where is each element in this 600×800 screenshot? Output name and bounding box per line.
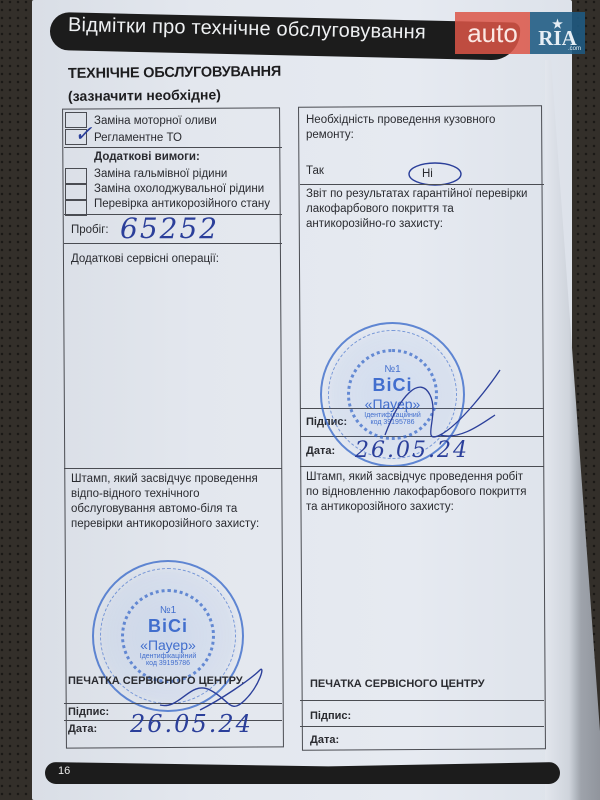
section-title: ТЕХНІЧНЕ ОБСЛУГОВУВАННЯ <box>68 64 281 82</box>
mileage-label: Пробіг: <box>71 224 109 236</box>
checkbox-brake-fluid[interactable] <box>65 168 87 184</box>
stamp-brand: BiCi <box>148 616 188 637</box>
option-coolant: Заміна охолоджувальної рідини <box>94 183 264 195</box>
paint-report-label: Звіт по результатах гарантійної перевірк… <box>306 187 536 232</box>
watermark-auto: auto <box>455 12 530 54</box>
checkbox-coolant[interactable] <box>65 184 87 200</box>
check-mark: ✓ <box>74 122 92 147</box>
divider <box>300 700 544 701</box>
watermark-com: .com <box>568 46 581 52</box>
right-signature-label: Підпис: <box>310 710 351 722</box>
page-number: 16 <box>58 765 70 777</box>
left-signature <box>150 660 270 720</box>
autoria-watermark: auto ★ RIA .com <box>455 12 585 54</box>
option-anticorrosion: Перевірка антикорозійного стану <box>94 198 270 210</box>
extra-operations-label: Додаткові сервісні операції: <box>71 253 219 265</box>
left-signature-label: Підпис: <box>68 706 109 718</box>
option-brake-fluid: Заміна гальмівної рідини <box>94 168 227 180</box>
body-repair-yes[interactable]: Так <box>306 165 324 177</box>
additional-requirements-title: Додаткові вимоги: <box>94 151 200 163</box>
option-oil-change: Заміна моторної оливи <box>94 115 217 127</box>
divider <box>300 184 544 185</box>
divider <box>64 243 282 244</box>
option-scheduled-maintenance: Регламентне ТО <box>94 132 182 144</box>
right-date-label: Дата: <box>310 734 339 746</box>
left-date-label: Дата: <box>68 723 97 735</box>
right-service-center-label: ПЕЧАТКА СЕРВІСНОГО ЦЕНТРУ <box>310 678 485 690</box>
divider <box>64 147 282 148</box>
divider <box>64 468 282 469</box>
body-repair-label: Необхідність проведення кузовного ремонт… <box>306 113 506 143</box>
left-stamp-description: Штамп, який засвідчує проведення відпо-в… <box>71 472 281 532</box>
section-subtitle: (зазначити необхідне) <box>68 86 221 104</box>
watermark-ria: ★ RIA .com <box>530 12 585 54</box>
mileage-value[interactable]: 65252 <box>120 212 219 245</box>
divider <box>300 466 544 467</box>
right-signature <box>380 365 510 455</box>
right-stamp-description: Штамп, який засвідчує проведення робіт п… <box>306 470 536 515</box>
selection-circle <box>405 158 465 190</box>
divider <box>300 726 544 727</box>
